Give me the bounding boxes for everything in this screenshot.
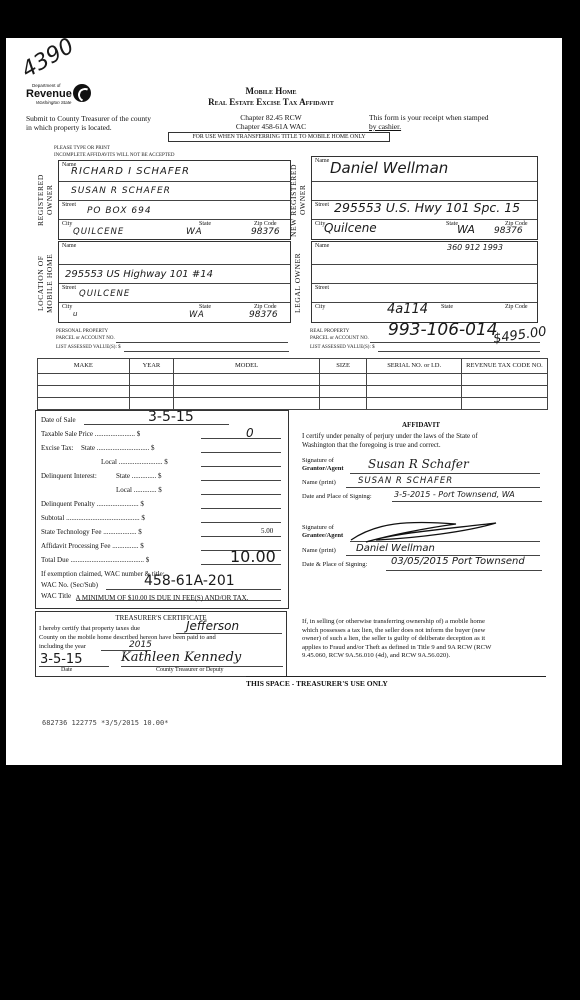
dor-logo: Department of Revenue Washington State: [26, 83, 106, 113]
treasurer-use-label: THIS SPACE - TREASURER'S USE ONLY: [246, 679, 388, 688]
grantee-signature[interactable]: [346, 518, 506, 546]
excise-local-label: Local ......................... $: [101, 458, 168, 466]
excise-tax-label: Excise Tax:: [41, 444, 74, 452]
delinquent-local-line[interactable]: [201, 494, 281, 495]
wac-no-value[interactable]: 458-61A-201: [144, 573, 235, 589]
cell-model[interactable]: [174, 386, 320, 398]
registered-owner-city[interactable]: QUILCENE: [73, 227, 124, 237]
treasurer-certificate-box: TREASURER'S CERTIFICATE I hereby certify…: [35, 611, 287, 677]
cell-make[interactable]: [38, 374, 130, 386]
legal-owner-section-label: LEGAL OWNER: [293, 243, 302, 323]
name-label: Name: [62, 243, 76, 249]
treasurer-date[interactable]: 3-5-15: [40, 652, 82, 667]
col-serial: SERIAL NO. or I.D.: [367, 359, 462, 374]
personal-property-label: PERSONAL PROPERTY: [56, 329, 108, 334]
treasurer-certificate-title: TREASURER'S CERTIFICATE: [36, 614, 286, 622]
grantor-signature-label1: Signature of: [302, 457, 334, 464]
taxable-sale-price-value[interactable]: 0: [246, 426, 254, 440]
street-label: Street: [315, 202, 329, 208]
state-technology-fee-value[interactable]: 5.00: [261, 527, 273, 535]
cell-size[interactable]: [319, 386, 366, 398]
location-address[interactable]: 295553 US Highway 101 #14: [65, 269, 213, 280]
affidavit-processing-fee-label: Affidavit Processing Fee ...............…: [41, 542, 144, 550]
cell-make[interactable]: [38, 386, 130, 398]
state-technology-fee-label: State Technology Fee ...................…: [41, 528, 142, 536]
form-title-line1: Mobile Home: [156, 86, 386, 96]
cell-year[interactable]: [129, 374, 174, 386]
excise-state-line[interactable]: [201, 452, 281, 453]
location-street[interactable]: QUILCENE: [79, 289, 130, 299]
total-due-label: Total Due ..............................…: [41, 556, 149, 564]
grantor-name-label: Name (print): [302, 479, 336, 486]
cell-year[interactable]: [129, 398, 174, 410]
street-label: Street: [62, 285, 76, 291]
grantor-date-place-label: Date and Place of Signing:: [302, 493, 372, 500]
personal-assessed-line[interactable]: [124, 351, 289, 352]
minimum-due-note: A MINIMUM OF $10.00 IS DUE IN FEE(S) AND…: [35, 594, 289, 602]
cell-serial[interactable]: [367, 386, 462, 398]
cell-size[interactable]: [319, 398, 366, 410]
lien-notice-line2: which possesses a tax lien, the seller d…: [302, 627, 491, 636]
taxable-sale-price-label: Taxable Sale Price .....................…: [41, 430, 140, 438]
excise-state-label: State .............................. $: [81, 444, 155, 452]
delinquent-interest-label: Delinquent Interest:: [41, 472, 97, 480]
cell-serial[interactable]: [367, 374, 462, 386]
name-label: Name: [315, 243, 329, 249]
affidavit-certify-line2: Washington that the foregoing is true an…: [302, 441, 441, 449]
personal-assessed-label: LIST ASSESSED VALUE(S): $: [56, 345, 121, 350]
registered-owner-box: Name RICHARD I SCHAFER SUSAN R SCHAFER S…: [58, 160, 291, 240]
cell-revenue-tax-code[interactable]: [461, 398, 547, 410]
treasurer-use-divider: [246, 676, 546, 677]
grantee-date-place-label: Date & Place of Signing:: [302, 561, 367, 568]
real-assessed-label: LIST ASSESSED VALUE(S): $: [310, 345, 375, 350]
cell-year[interactable]: [129, 386, 174, 398]
dor-logo-icon: [73, 84, 91, 102]
lien-notice-line4: applies to Fraud and/or Theft as defined…: [302, 644, 491, 653]
grantor-name-print[interactable]: SUSAN R SCHAFER: [358, 476, 453, 486]
location-city[interactable]: u: [73, 310, 77, 318]
grantee-date-place[interactable]: 03/05/2015 Port Townsend: [391, 556, 525, 567]
table-row: [38, 386, 548, 398]
cell-model[interactable]: [174, 374, 320, 386]
use-banner: FOR USE WHEN TRANSFERRING TITLE TO MOBIL…: [168, 132, 390, 142]
cell-model[interactable]: [174, 398, 320, 410]
personal-parcel-label: PARCEL or ACCOUNT NO.: [56, 336, 115, 341]
registered-owner-name2[interactable]: SUSAN R SCHAFER: [71, 186, 171, 196]
delinquent-state-line[interactable]: [201, 480, 281, 481]
cell-serial[interactable]: [367, 398, 462, 410]
real-assessed-line[interactable]: [378, 351, 540, 352]
instructions-incomplete: INCOMPLETE AFFIDAVITS WILL NOT BE ACCEPT…: [54, 153, 175, 158]
grantor-signature-label2: Grantor/Agent: [302, 465, 344, 472]
subtotal-line[interactable]: [201, 522, 281, 523]
document-page: 4390 Department of Revenue Washington St…: [6, 38, 562, 765]
table-row: [38, 374, 548, 386]
grantee-name-print[interactable]: Daniel Wellman: [356, 543, 435, 554]
mobile-home-details-table: MAKE YEAR MODEL SIZE SERIAL NO. or I.D. …: [37, 358, 548, 410]
submit-note-line2: in which property is located.: [26, 123, 112, 132]
registered-owner-zip[interactable]: 98376: [251, 227, 280, 237]
legal-owner-city-note[interactable]: 4a114: [387, 302, 428, 317]
instructions-type-print: PLEASE TYPE OR PRINT: [54, 146, 110, 151]
registered-owner-street[interactable]: PO BOX 694: [87, 206, 152, 216]
cell-size[interactable]: [319, 374, 366, 386]
new-registered-owner-section-label: NEW REGISTEREDOWNER: [289, 160, 307, 240]
cell-revenue-tax-code[interactable]: [461, 386, 547, 398]
legal-owner-box: Name 360 912 1993 Street City 4a114 Stat…: [311, 241, 538, 323]
treasurer-signature[interactable]: Kathleen Kennedy: [121, 650, 241, 665]
name-label: Name: [315, 158, 329, 164]
date-of-sale-label: Date of Sale: [41, 416, 76, 424]
handwritten-document-number: 4390: [18, 34, 79, 84]
grantor-signature[interactable]: Susan R Schafer: [368, 457, 469, 471]
logo-text-state: Washington State: [36, 100, 71, 105]
state-label: State: [441, 304, 453, 310]
legal-owner-phone[interactable]: 360 912 1993: [447, 243, 503, 252]
new-owner-zip[interactable]: 98376: [494, 226, 523, 236]
delinquent-penalty-label: Delinquent Penalty .....................…: [41, 500, 144, 508]
grantee-name-label: Name (print): [302, 547, 336, 554]
delinquent-state-label: State .............. $: [116, 472, 162, 480]
real-assessed-value[interactable]: $495.00: [492, 324, 547, 346]
tax-computation-box: Date of Sale 3-5-15 Taxable Sale Price .…: [35, 410, 289, 609]
chapter-rcw: Chapter 82.45 RCW: [156, 113, 386, 122]
city-label: City: [62, 304, 72, 310]
logo-text-revenue: Revenue: [26, 88, 72, 100]
date-of-sale-value[interactable]: 3-5-15: [148, 409, 194, 425]
new-registered-owner-box: Name Daniel Wellman Street 295553 U.S. H…: [311, 156, 538, 240]
grantee-signature-label1: Signature of: [302, 524, 334, 531]
lien-notice-line3: owner) of such a lien, the seller is gui…: [302, 635, 491, 644]
real-parcel-number[interactable]: 993-106-014: [388, 320, 498, 340]
real-property-label: REAL PROPERTY: [310, 329, 349, 334]
street-label: Street: [62, 202, 76, 208]
treasurer-county[interactable]: Jefferson: [186, 619, 239, 633]
lien-notice-line5: 9.45.060, RCW 9A.56.010 (4d), and RCW 9A…: [302, 652, 491, 661]
table-row: [38, 398, 548, 410]
lien-notice: If, in selling (or otherwise transferrin…: [302, 618, 491, 661]
registered-owner-name1[interactable]: RICHARD I SCHAFER: [71, 166, 190, 177]
grantee-signature-label2: Grantee/Agent: [302, 532, 343, 539]
grantor-date-place[interactable]: 3-5-2015 - Port Townsend, WA: [394, 490, 515, 499]
lien-notice-line1: If, in selling (or otherwise transferrin…: [302, 618, 491, 627]
registered-owner-state[interactable]: WA: [186, 227, 203, 237]
chapter-wac: Chapter 458-61A WAC: [156, 122, 386, 131]
form-title-line2: Real Estate Excise Tax Affidavit: [156, 97, 386, 107]
table-header-row: MAKE YEAR MODEL SIZE SERIAL NO. or I.D. …: [38, 359, 548, 374]
treasurer-line3: including the year: [39, 643, 86, 650]
cell-make[interactable]: [38, 398, 130, 410]
location-zip[interactable]: 98376: [249, 310, 278, 320]
registered-owner-section-label: REGISTEREDOWNER: [36, 160, 54, 240]
receipt-note-line2: by cashier.: [369, 122, 401, 131]
city-label: City: [315, 304, 325, 310]
new-owner-state[interactable]: WA: [457, 223, 475, 236]
receipt-stamp: 682736 122775 *3/5/2015 10.00*: [42, 719, 168, 727]
treasurer-signer-label: County Treasurer or Deputy: [156, 667, 224, 673]
subtotal-label: Subtotal ...............................…: [41, 514, 145, 522]
col-make: MAKE: [38, 359, 130, 374]
total-due-value[interactable]: 10.00: [230, 547, 276, 566]
col-revenue-tax-code: REVENUE TAX CODE NO.: [461, 359, 547, 374]
delinquent-local-label: Local ............. $: [116, 486, 162, 494]
city-label: City: [62, 221, 72, 227]
location-section-label: LOCATION OFMOBILE HOME: [36, 243, 54, 323]
treasurer-date-label: Date: [61, 667, 72, 673]
personal-parcel-line[interactable]: [116, 342, 288, 343]
new-owner-name[interactable]: Daniel Wellman: [330, 159, 448, 177]
wac-no-label: WAC No. (Sec/Sub): [41, 581, 98, 589]
submit-note-line1: Submit to County Treasurer of the county: [26, 114, 151, 123]
col-size: SIZE: [319, 359, 366, 374]
new-owner-street[interactable]: 295553 U.S. Hwy 101 Spc. 15: [334, 200, 520, 215]
new-owner-city[interactable]: Quilcene: [324, 221, 377, 235]
receipt-note-line1: This form is your receipt when stamped: [369, 113, 489, 122]
col-model: MODEL: [174, 359, 320, 374]
col-year: YEAR: [129, 359, 174, 374]
location-state[interactable]: WA: [189, 310, 205, 320]
real-parcel-label: PARCEL or ACCOUNT NO.: [310, 336, 369, 341]
treasurer-year[interactable]: 2015: [129, 640, 152, 650]
zip-label: Zip Code: [505, 304, 528, 310]
affidavit-certify-line1: I certify under penalty of perjury under…: [302, 432, 478, 440]
delinquent-penalty-line[interactable]: [201, 508, 281, 509]
treasurer-line1: I hereby certify that property taxes due: [39, 625, 140, 632]
location-box: Name 295553 US Highway 101 #14 Street QU…: [58, 241, 291, 323]
treasurer-line2: County on the mobile home described here…: [39, 634, 216, 641]
street-label: Street: [315, 285, 329, 291]
cell-revenue-tax-code[interactable]: [461, 374, 547, 386]
excise-local-line[interactable]: [201, 466, 281, 467]
affidavit-title: AFFIDAVIT: [296, 421, 546, 429]
